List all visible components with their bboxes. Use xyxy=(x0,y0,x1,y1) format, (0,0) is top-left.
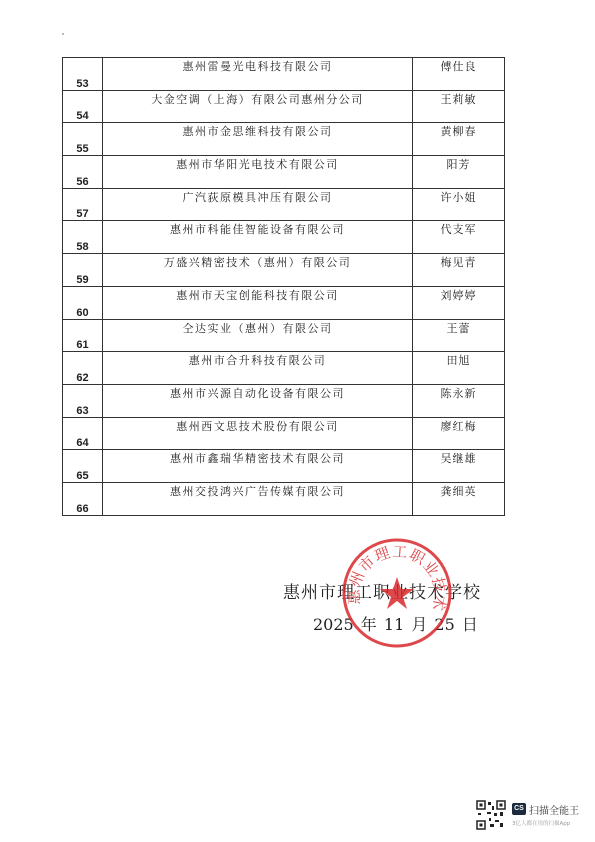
contact-name: 代支军 xyxy=(413,221,505,254)
company-name: 惠州市华阳光电技术有限公司 xyxy=(103,156,413,189)
table-row: 63惠州市兴源自动化设备有限公司陈永新 xyxy=(63,384,505,417)
contact-name: 傅仕良 xyxy=(413,58,505,91)
row-number: 54 xyxy=(63,90,103,123)
contact-name: 田旭 xyxy=(413,352,505,385)
row-number: 64 xyxy=(63,417,103,450)
contact-name: 阳芳 xyxy=(413,156,505,189)
table-row: 54大金空调（上海）有限公司惠州分公司王莉敏 xyxy=(63,90,505,123)
camscanner-watermark: CS 扫描全能王 3亿人都在用的扫描App xyxy=(476,800,594,840)
row-number: 65 xyxy=(63,450,103,483)
row-number: 55 xyxy=(63,123,103,156)
contact-name: 龚细英 xyxy=(413,482,505,515)
company-name: 惠州市天宝创能科技有限公司 xyxy=(103,286,413,319)
table-row: 57广汽荻原模具冲压有限公司许小姐 xyxy=(63,188,505,221)
company-name: 广汽荻原模具冲压有限公司 xyxy=(103,188,413,221)
table-row: 62惠州市合升科技有限公司田旭 xyxy=(63,352,505,385)
company-name: 惠州西文思技术股份有限公司 xyxy=(103,417,413,450)
contact-name: 梅见青 xyxy=(413,254,505,287)
table-row: 66惠州交投鸿兴广告传媒有限公司龚细英 xyxy=(63,482,505,515)
contact-name: 廖红梅 xyxy=(413,417,505,450)
company-name: 仝达实业（惠州）有限公司 xyxy=(103,319,413,352)
table-row: 58惠州市科能佳智能设备有限公司代支军 xyxy=(63,221,505,254)
row-number: 60 xyxy=(63,286,103,319)
company-name: 惠州市科能佳智能设备有限公司 xyxy=(103,221,413,254)
company-name: 万盛兴精密技术（惠州）有限公司 xyxy=(103,254,413,287)
company-name: 惠州市合升科技有限公司 xyxy=(103,352,413,385)
table-row: 56惠州市华阳光电技术有限公司阳芳 xyxy=(63,156,505,189)
contact-name: 黄柳春 xyxy=(413,123,505,156)
camscanner-logo-icon: CS xyxy=(512,803,526,815)
company-contact-table: 53惠州雷曼光电科技有限公司傅仕良54大金空调（上海）有限公司惠州分公司王莉敏5… xyxy=(62,57,505,516)
row-number: 63 xyxy=(63,384,103,417)
table-row: 60惠州市天宝创能科技有限公司刘婷婷 xyxy=(63,286,505,319)
table-row: 59万盛兴精密技术（惠州）有限公司梅见青 xyxy=(63,254,505,287)
camscanner-brand: 扫描全能王 xyxy=(529,802,579,817)
contact-name: 王蕾 xyxy=(413,319,505,352)
table-row: 64惠州西文思技术股份有限公司廖红梅 xyxy=(63,417,505,450)
contact-name: 吴继雄 xyxy=(413,450,505,483)
scan-speck xyxy=(62,33,64,35)
camscanner-tagline: 3亿人都在用的扫描App xyxy=(512,819,570,827)
company-name: 惠州市金思维科技有限公司 xyxy=(103,123,413,156)
row-number: 66 xyxy=(63,482,103,515)
contact-name: 陈永新 xyxy=(413,384,505,417)
contact-name: 刘婷婷 xyxy=(413,286,505,319)
row-number: 59 xyxy=(63,254,103,287)
row-number: 61 xyxy=(63,319,103,352)
table-row: 53惠州雷曼光电科技有限公司傅仕良 xyxy=(63,58,505,91)
official-seal-icon: 惠州市理工职业技术学校 xyxy=(341,537,453,649)
table-row: 61仝达实业（惠州）有限公司王蕾 xyxy=(63,319,505,352)
qr-code-icon xyxy=(476,800,506,830)
row-number: 57 xyxy=(63,188,103,221)
row-number: 58 xyxy=(63,221,103,254)
company-name: 惠州市鑫瑞华精密技术有限公司 xyxy=(103,450,413,483)
row-number: 53 xyxy=(63,58,103,91)
company-name: 惠州市兴源自动化设备有限公司 xyxy=(103,384,413,417)
contact-name: 王莉敏 xyxy=(413,90,505,123)
company-name: 惠州雷曼光电科技有限公司 xyxy=(103,58,413,91)
company-name: 大金空调（上海）有限公司惠州分公司 xyxy=(103,90,413,123)
contact-name: 许小姐 xyxy=(413,188,505,221)
row-number: 56 xyxy=(63,156,103,189)
company-name: 惠州交投鸿兴广告传媒有限公司 xyxy=(103,482,413,515)
table-row: 65惠州市鑫瑞华精密技术有限公司吴继雄 xyxy=(63,450,505,483)
row-number: 62 xyxy=(63,352,103,385)
table-row: 55惠州市金思维科技有限公司黄柳春 xyxy=(63,123,505,156)
